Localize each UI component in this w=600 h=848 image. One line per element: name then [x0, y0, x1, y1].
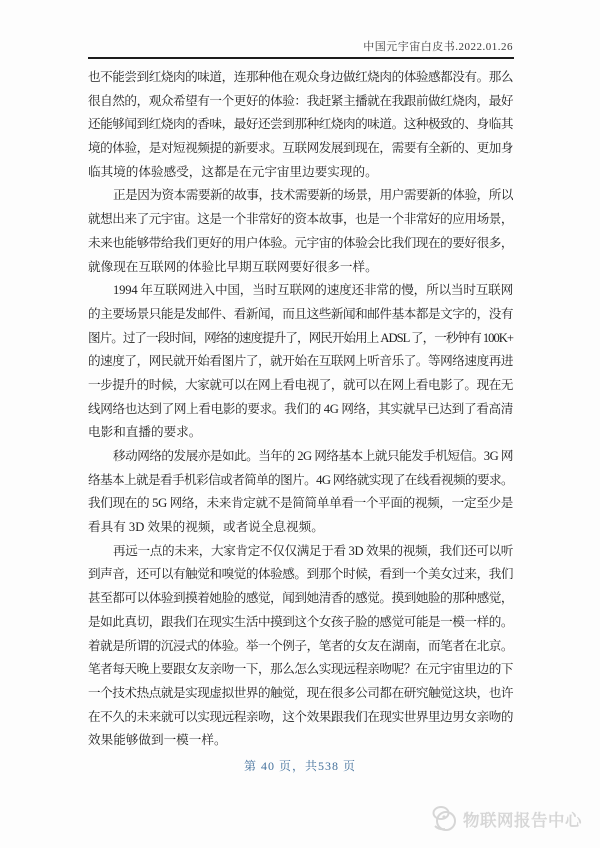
text-line: 很自然的，观众希望有一个更好的体验：我赶紧主播就在我跟前做红烧肉，最好 [88, 90, 513, 114]
text-line: 图片。过了一段时间，网络的速度提升了，网民开始用上 ADSL 了，一秒钟有 10… [88, 327, 513, 351]
text-line: 我们现在的 5G 网络，未来肯定就不是简简单单看一个平面的视频，一定至少是 [88, 492, 513, 516]
text-line: 就想出来了元宇宙。这是一个非常好的资本故事，也是一个非常好的应用场景， [88, 208, 513, 232]
text-line: 线网络也达到了网上看电影的要求。我们的 4G 网络，其实就早已达到了看高清 [88, 398, 513, 422]
page-header-title: 中国元宇宙白皮书.2022.01.26 [88, 38, 513, 54]
text-line: 的速度了，网民就开始看图片了，就开始在互联网上听音乐了。等网络速度再进 [88, 350, 513, 374]
watermark-label: 物联网报告中心 [463, 807, 582, 831]
text-line: 一步提升的时候，大家就可以在网上看电视了，就可以在网上看电影了。现在无 [88, 374, 513, 398]
text-line: 一个技术热点就是实现虚拟世界的触觉，现在很多公司都在研究触觉这块，也许 [88, 682, 513, 706]
text-line: 境的体验，是对短视频提的新要求。互联网发展到现在，需要有全新的、更加身 [88, 137, 513, 161]
text-line: 电影和直播的要求。 [88, 421, 513, 445]
text-line: 的主要场景只能是发邮件、看新闻，而且这些新闻和邮件基本都是文字的，没有 [88, 303, 513, 327]
text-line: 在不久的未来就可以实现远程亲吻，这个效果跟我们在现实世界里边男女亲吻的 [88, 706, 513, 730]
text-line: 就像现在互联网的体验比早期互联网要好很多一样。 [88, 256, 513, 280]
text-line: 也不能尝到红烧肉的味道，连那种他在观众身边做红烧肉的体验感都没有。那么 [88, 66, 513, 90]
text-line: 甚至都可以体验到摸着她脸的感觉，闻到她清香的感觉。摸到她脸的那种感觉， [88, 587, 513, 611]
text-line: 笔者每天晚上要跟女友亲吻一下，那么怎么实现远程亲吻呢？在元宇宙里边的下 [88, 658, 513, 682]
text-line: 正是因为资本需要新的故事，技术需要新的场景，用户需要新的体验，所以 [88, 184, 513, 208]
text-line: 未来也能够带给我们更好的用户体验。元宇宙的体验会比我们现在的要好很多， [88, 232, 513, 256]
text-line: 再远一点的未来，大家肯定不仅仅满足于看 3D 效果的视频，我们还可以听 [88, 540, 513, 564]
document-page: 中国元宇宙白皮书.2022.01.26 也不能尝到红烧肉的味道，连那种他在观众身… [0, 0, 600, 848]
text-line: 着就是所谓的沉浸式的体验。举一个例子，笔者的女友在湖南，而笔者在北京。 [88, 635, 513, 659]
text-line: 络基本上就是看手机彩信或者简单的图片。4G 网络就实现了在线看视频的要求。 [88, 469, 513, 493]
page-number: 第 40 页，共538 页 [0, 757, 600, 774]
text-line: 1994 年互联网进入中国，当时互联网的速度还非常的慢，所以当时互联网 [88, 279, 513, 303]
header-rule [88, 57, 514, 59]
text-line: 看具有 3D 效果的视频，或者说全息视频。 [88, 516, 513, 540]
text-line: 移动网络的发展亦是如此。当年的 2G 网络基本上就只能发手机短信。3G 网 [88, 445, 513, 469]
watermark: 物联网报告中心 [431, 804, 582, 834]
text-line: 还能够闻到红烧肉的香味，最好还尝到那种红烧肉的味道。这种极致的、身临其 [88, 113, 513, 137]
text-line: 临其境的体验感受，这都是在元宇宙里边要实现的。 [88, 161, 513, 185]
text-line: 到声音，还可以有触觉和嗅觉的体验感。到那个时候，看到一个美女过来，我们 [88, 563, 513, 587]
document-body: 也不能尝到红烧肉的味道，连那种他在观众身边做红烧肉的体验感都没有。那么很自然的，… [88, 66, 513, 753]
report-center-logo-icon [431, 804, 459, 834]
text-line: 效果能够做到一模一样。 [88, 729, 513, 753]
text-line: 是如此真切，跟我们在现实生活中摸到这个女孩子脸的感觉可能是一模一样的。 [88, 611, 513, 635]
